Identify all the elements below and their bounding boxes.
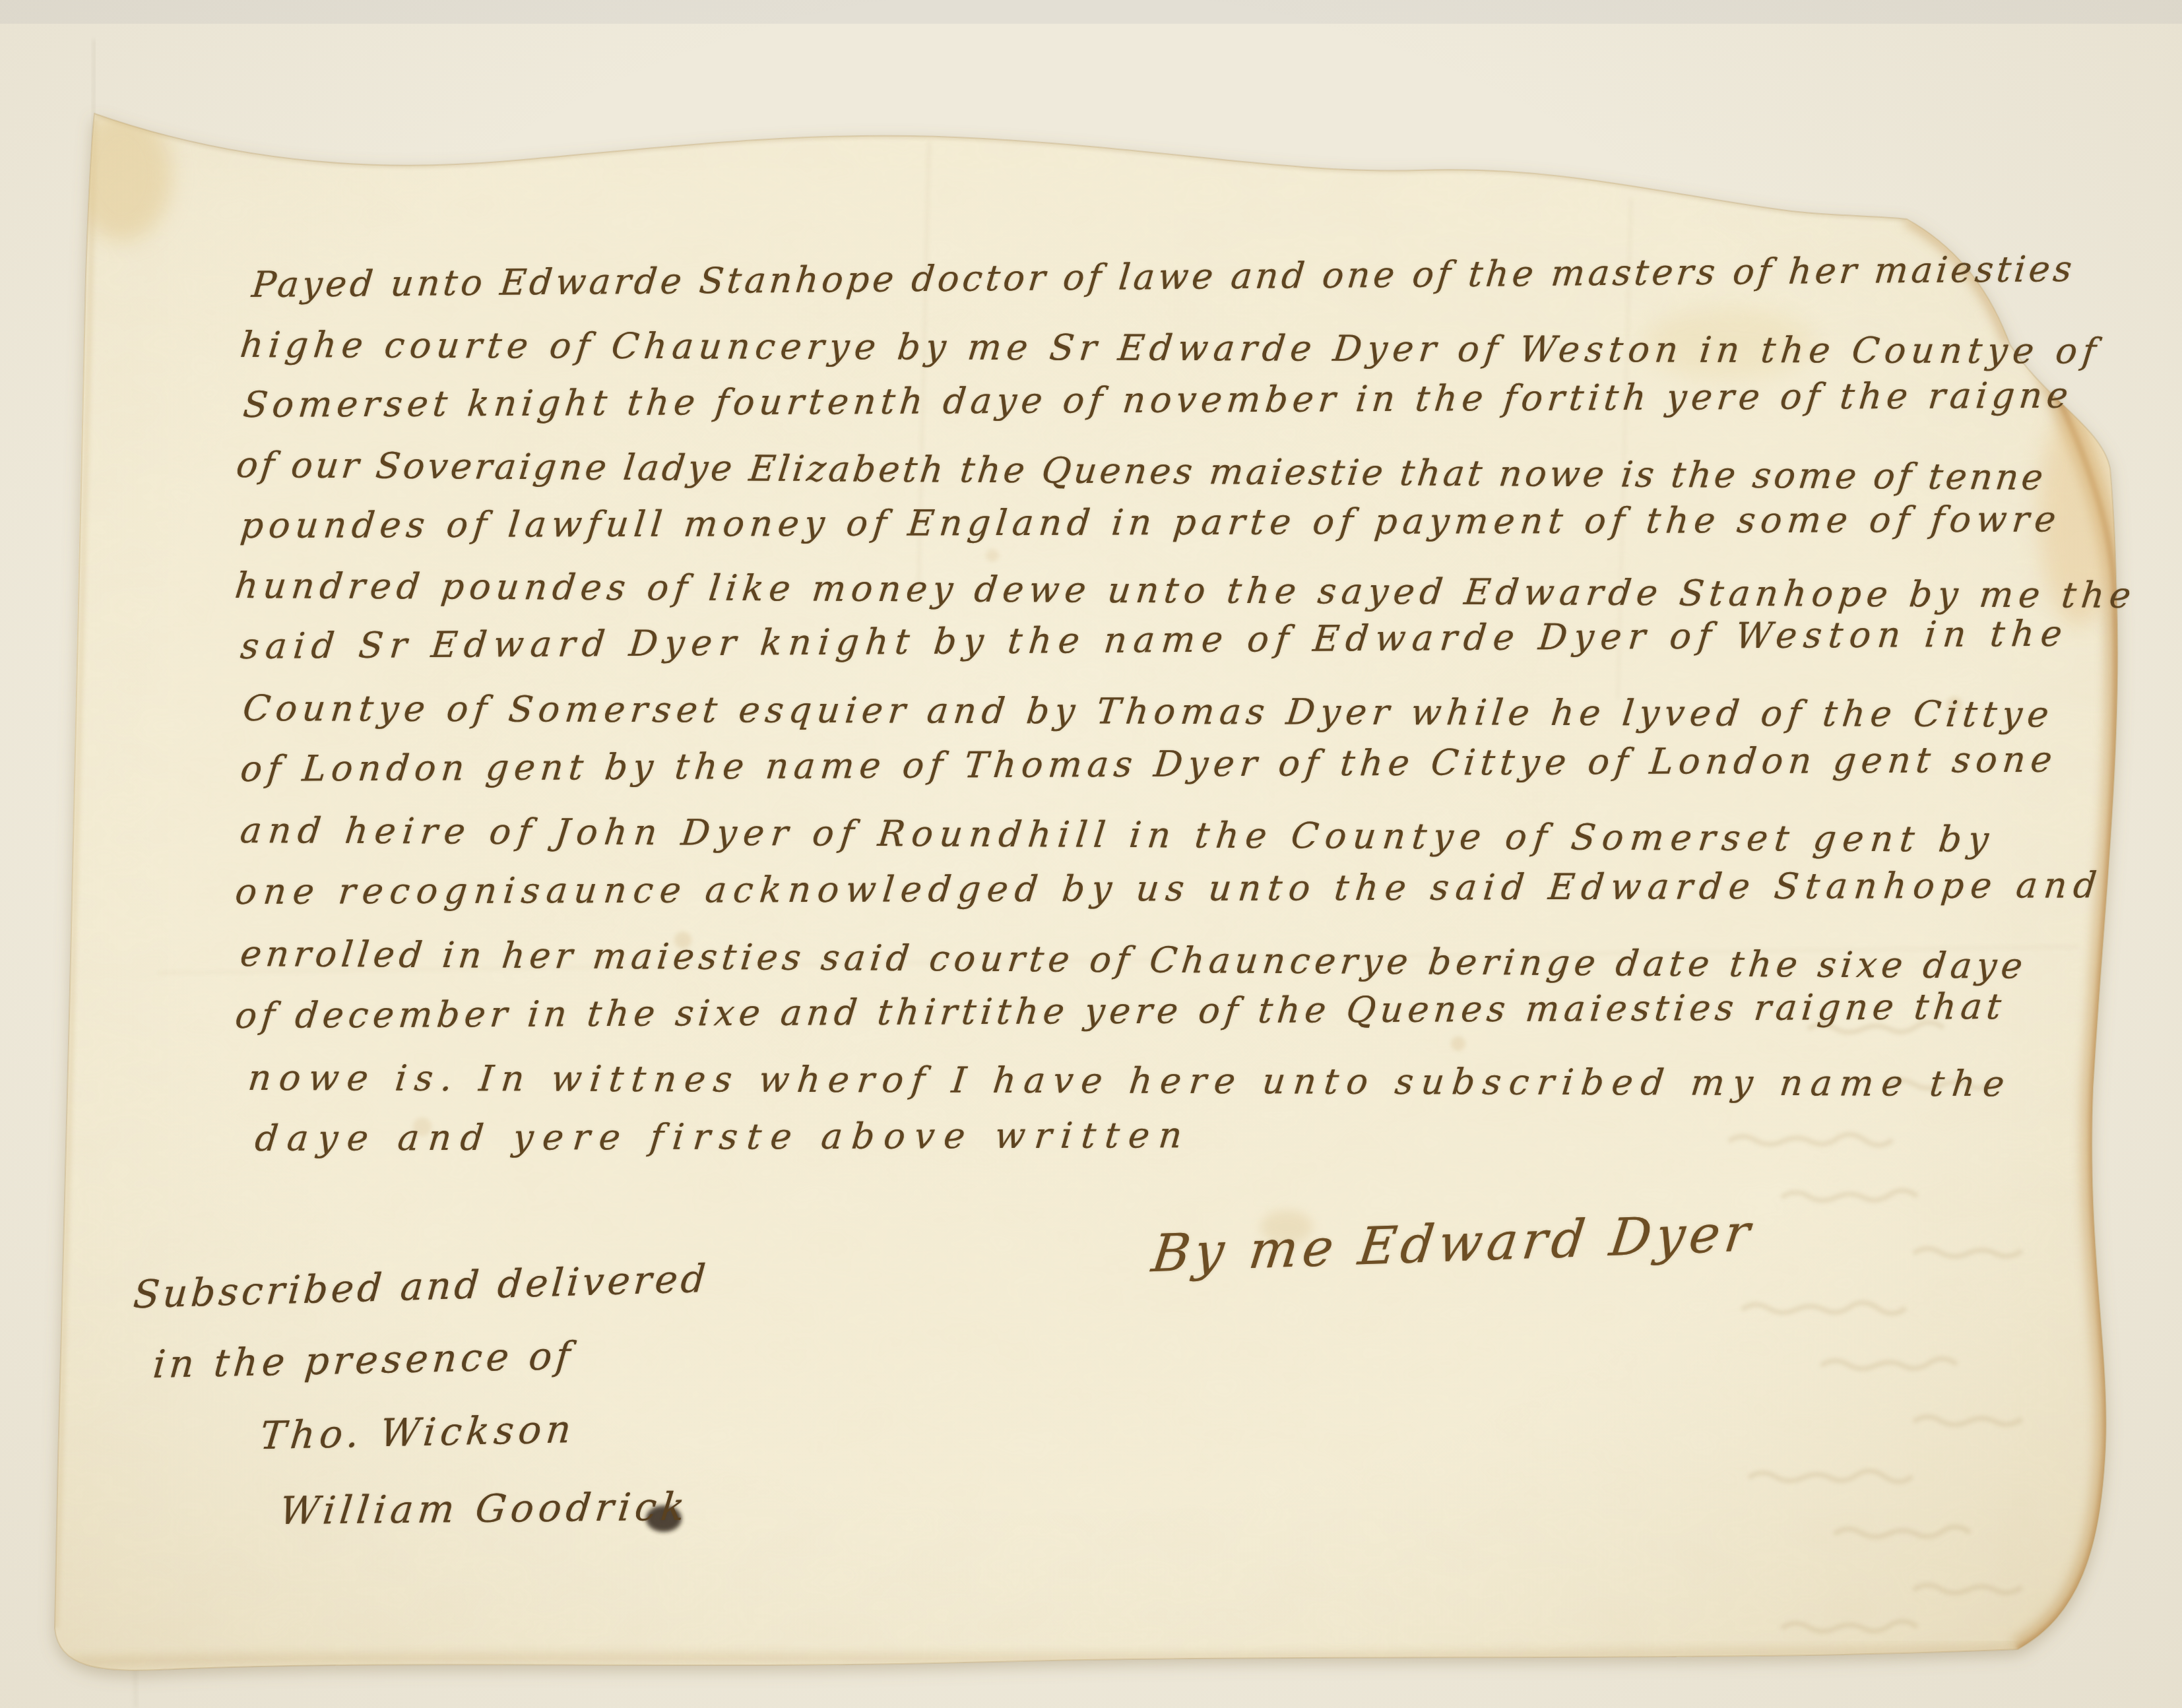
witness-signature-2: William Goodrick <box>277 1484 691 1534</box>
body-line-14: nowe is. In wittnes wherof I have here u… <box>246 1057 2014 1104</box>
manuscript-text-layer: Payed unto Edwarde Stanhope doctor of la… <box>0 0 2182 1708</box>
body-line-2: highe courte of Chauncerye by me Sr Edwa… <box>238 324 2103 372</box>
signature-edward-dyer: By me Edward Dyer <box>1149 1203 1758 1284</box>
body-line-6: hundred poundes of like money dewe unto … <box>233 565 2138 616</box>
body-line-11: one recognisaunce acknowledged by us unt… <box>234 864 2105 912</box>
body-line-15: daye and yere firste above written <box>253 1114 1194 1159</box>
body-line-12: enrolled in her maiesties said courte of… <box>238 933 2030 987</box>
witness-signature-1: Tho. Wickson <box>258 1407 577 1458</box>
witness-statement-line-2: in the presence of <box>151 1333 576 1387</box>
body-line-8: Countye of Somerset esquier and by Thoma… <box>241 687 2056 736</box>
body-line-13: of december in the sixe and thirtithe ye… <box>234 986 2008 1036</box>
body-line-9: of London gent by the name of Thomas Dye… <box>239 739 2059 790</box>
manuscript-photo: Payed unto Edwarde Stanhope doctor of la… <box>0 0 2182 1708</box>
body-line-7: said Sr Edward Dyer knight by the name o… <box>239 613 2070 667</box>
body-line-4: of our Soveraigne ladye Elizabeth the Qu… <box>234 444 2048 498</box>
witness-statement-line-1: Subscribed and delivered <box>132 1256 711 1317</box>
body-line-10: and heire of John Dyer of Roundhill in t… <box>238 809 1997 860</box>
body-line-3: Somerset knight the fourtenth daye of no… <box>241 374 2075 426</box>
body-line-1: Payed unto Edwarde Stanhope doctor of la… <box>250 248 2077 305</box>
body-line-5: poundes of lawfull money of England in p… <box>239 498 2063 546</box>
